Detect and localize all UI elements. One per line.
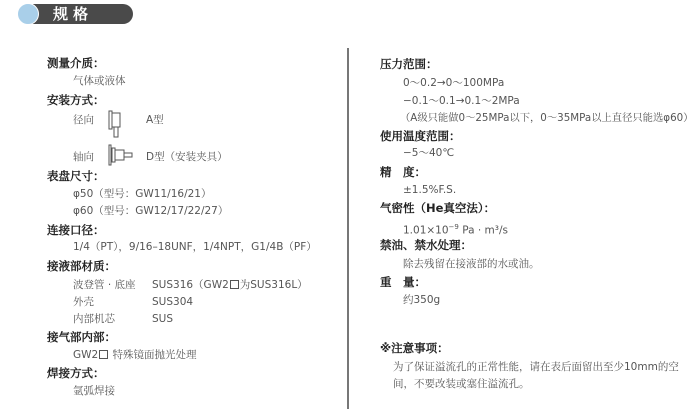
notes-label: ※注意事项： [380, 341, 449, 355]
notes-line-2: 间，不要改装或塞住溢流孔。 [393, 377, 530, 391]
wetted-value-bourdon-pre: SUS316（GW2 [152, 279, 229, 291]
temperature-label: 使用温度范围： [380, 129, 461, 143]
dial-size-label: 表盘尺寸： [47, 169, 105, 183]
oil-water-free-value: 除去残留在接液部的水或油。 [403, 257, 540, 271]
connection-value: 1/4（PT），9/16–18UNF，1/4NPT，G1/4B（PF） [73, 240, 317, 254]
notes-line-1: 为了保证溢流孔的正常性能，请在表后面留出至少10mm的空 [393, 360, 679, 374]
mounting-axial-direction: 轴向 [73, 150, 94, 164]
weight-label: 重 量： [380, 275, 426, 289]
gas-interior-post: 特殊镜面抛光处理 [109, 349, 196, 361]
wetted-value-case: SUS304 [152, 295, 193, 309]
pressure-range-line-2: −0.1～0.1→0.1～2MPa [403, 94, 520, 108]
gas-interior-pre: GW2 [73, 349, 98, 361]
leak-value-exponent: −9 [449, 223, 459, 231]
accuracy-value: ±1.5%F.S. [403, 183, 456, 197]
wetted-part-case: 外壳 [73, 295, 94, 309]
pressure-range-line-1: 0～0.2→0～100MPa [403, 76, 504, 90]
pressure-range-note: （A级只能做0～25MPa以下，0～35MPa以上直径只能选φ60） [400, 111, 693, 125]
connection-label: 连接口径： [47, 223, 105, 237]
temperature-value: −5～40℃ [403, 146, 454, 160]
mounting-label: 安装方式： [47, 93, 105, 107]
leak-value-unit: Pa · m³/s [459, 225, 508, 237]
welding-value: 氩弧焊接 [73, 384, 115, 398]
wetted-material-label: 接液部材质： [47, 259, 116, 273]
placeholder-box-icon [230, 280, 239, 289]
weight-value: 约350g [403, 293, 440, 307]
pressure-range-label: 压力范围： [380, 57, 438, 71]
welding-label: 焊接方式： [47, 366, 105, 380]
oil-water-free-label: 禁油、禁水处理： [380, 238, 472, 252]
mounting-radial-type: A型 [146, 113, 164, 127]
wetted-part-movement: 内部机芯 [73, 312, 115, 326]
section-title: 规格 [53, 5, 93, 23]
accuracy-label: 精 度： [380, 165, 426, 179]
placeholder-box-icon [99, 350, 108, 359]
leak-tightness-value: 1.01×10−9 Pa · m³/s [403, 220, 508, 238]
dial-size-60: φ60（型号：GW12/17/22/27） [73, 204, 228, 218]
radial-mount-gauge-icon [108, 110, 124, 140]
wetted-part-bourdon: 波登管 · 底座 [73, 278, 136, 292]
dial-size-50: φ50（型号：GW11/16/21） [73, 187, 211, 201]
gas-interior-value: GW2 特殊镜面抛光处理 [73, 348, 197, 362]
wetted-value-bourdon: SUS316（GW2为SUS316L） [152, 278, 308, 292]
leak-tightness-label: 气密性（He真空法）： [380, 201, 495, 215]
mounting-axial-type: D型（安装夹具） [146, 150, 228, 164]
mounting-radial-direction: 径向 [73, 113, 94, 127]
medium-label: 测量介质： [47, 56, 105, 70]
medium-value: 气体或液体 [73, 74, 126, 88]
axial-mount-gauge-icon [108, 144, 134, 166]
column-divider [347, 48, 349, 409]
wetted-value-bourdon-post: 为SUS316L） [240, 279, 308, 291]
leak-value-base: 1.01×10 [403, 225, 449, 237]
header-circle-icon [17, 3, 39, 25]
wetted-value-movement: SUS [152, 312, 173, 326]
gas-interior-label: 接气部内部： [47, 330, 116, 344]
section-header-badge: 规格 [17, 3, 133, 25]
